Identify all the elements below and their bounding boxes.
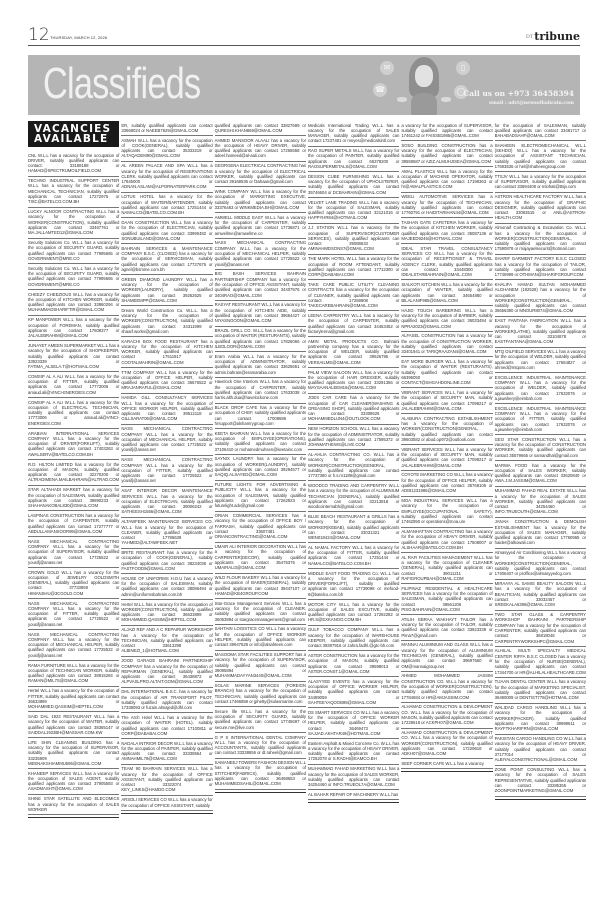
classified-ad: UMAIR ALI INTERIOR DECORATION W.L.L has … — [215, 543, 306, 574]
classified-ad: EXCELLENCE INDUSTRIAL MAINTENANCE COMPAN… — [495, 404, 586, 435]
classified-ad: ALHILAL MULTI SPECIALTY MEDICAL CENTER R… — [495, 647, 586, 678]
classified-ad: for the occupation of SALESMAN, suitably… — [495, 121, 586, 141]
classified-ad: TWO STAR GLASS & CARPENTRY WORKSHOP BAHR… — [495, 611, 586, 647]
classified-ad: WALIDAD CARGO HANDLING W.L.L has a vacan… — [495, 704, 586, 735]
phone-contact: Call us on +973 36458394 — [463, 89, 574, 98]
classified-ad: VIBRANT SERVICES W.L.L has a vacancy for… — [401, 445, 492, 471]
classified-ad: Eram Arabia W.L.L has a vacancy for the … — [215, 352, 306, 378]
classified-ad: Star-Grace Management Services W.L.L has… — [215, 599, 306, 625]
column-2: ER, suitably qualified applicants can co… — [121, 121, 212, 818]
classified-ad: KHANEEP SERVICES W.L.L has a vacancy for… — [28, 769, 119, 795]
classified-ad: RAO SUPER METALS W.L.L has a vacancy for… — [308, 147, 399, 173]
classified-ad: ALASYYEE EVENTS has a vacancy for the oc… — [308, 677, 399, 708]
classified-ad: TTIM COMPANY W.L.L has a vacancy for the… — [121, 368, 212, 394]
classified-ad: TTSJV W.L.L has a vacancy for the occupa… — [495, 172, 586, 192]
classified-ad: a vacancy for the occupation of SUPERVIS… — [401, 121, 492, 141]
column-6: for the occupation of SALESMAN, suitably… — [495, 121, 586, 818]
classified-ad: KP MANPOWER W.L.L has a vacancy for the … — [28, 316, 119, 342]
classified-ad: ALHAMAD CONSTRUCTION & DEVLOPMENT CO. W.… — [401, 703, 492, 729]
classified-ad: Havelock One Interiors W.L.L has a vacan… — [215, 378, 306, 404]
classified-ad: Dream World Construction Co. W.L.L. has … — [121, 306, 212, 337]
classified-ad: MIRAAYA AL SAMIS BEAUTY SALOON W.L.L has… — [495, 580, 586, 611]
classified-ad: NASS MECHANICAL CONTRACTING COMPANY W.L.… — [121, 456, 212, 487]
classified-ad: KHALIFA HAMAD SULTAN MOHAMMED ALGHANEM (… — [495, 280, 586, 316]
classified-ad: AL BAHAR REPAIR OF MACHINERY W.L.L has — [308, 790, 399, 800]
classified-ad: FUTURE LIGHTS FOR ADVERTISING & PUBLICIT… — [215, 481, 306, 512]
classified-ad: DESIGN CUBE FURNISHING W.L.L has a vacan… — [308, 172, 399, 198]
mobile-icon: ▯ — [456, 61, 470, 75]
vacancies-heading: VACANCIES AVAILABLE — [28, 121, 119, 147]
classified-ad: J.J STATION W.L.L has a vacancy for the … — [308, 224, 399, 255]
classified-ad: STAR ALTAHADI MARKET has a vacancy for t… — [28, 486, 119, 512]
classified-ad: TIJAAN DENTAL CENTER W.L.L has a vacancy… — [495, 678, 586, 704]
classified-ad: WEELI AUTOMOTIVE SERVICES has a vacancy … — [401, 193, 492, 219]
classified-ad: NASS MECHANICAL CONTRACTING COMPANY W.L.… — [215, 239, 306, 270]
classified-ad: TASHAN GATE CAFETERIA has a vacancy for … — [401, 218, 492, 244]
classified-columns: VACANCIES AVAILABLE CNL W.L.L has a vaca… — [28, 121, 586, 818]
classified-ad: CROWN GOLD W.L.L has a vacancy for the o… — [28, 568, 119, 599]
classified-ad: EAST FANTANA FABRICATION W.L.L has a vac… — [495, 317, 586, 348]
classified-ad: The Arch Hotel W.L.L has a vacancy for t… — [121, 713, 212, 739]
classified-ad: TEAM 90 BAHRAIN SERVICES W.L.L has a vac… — [121, 765, 212, 796]
publication-date: THURSDAY, MARCH 12, 2026 — [50, 35, 107, 40]
classified-ad: LOTUS HOTEL has a vacancy for the occupa… — [121, 193, 212, 219]
classified-ad: SAHTAIN LOGISTICS CO W.L.L has a vacancy… — [215, 625, 306, 651]
classified-ad: DHL INTERNATIONAL B.S.C. has a vacancy f… — [121, 688, 212, 714]
classified-ad: LASPINAS CONSTRUCTION has a vacancy for … — [28, 511, 119, 537]
classified-ad: AL AREEN PALACE AND SPA W.L.L has a vaca… — [121, 162, 212, 193]
classified-ad: Secure life W.L.L has a vacancy for the … — [215, 707, 306, 733]
logo-mark: DT — [526, 34, 533, 40]
customer-service-illustration — [403, 57, 445, 115]
classified-ad: BRAZIL GRILL CO. W.L.L has a vacancy for… — [215, 327, 306, 353]
column-end-rule — [401, 771, 492, 772]
classified-ad: SAID DAL 1923 RESTAURANT W.L.L has a vac… — [28, 712, 119, 738]
classified-ad: AL RAFI FACILITIES MANAGEMENT W.L.L has … — [401, 553, 492, 584]
column-end-rule — [28, 817, 119, 818]
classified-ad: ZONE POINT CONSULTING W.L.L has a vacanc… — [495, 766, 586, 797]
classified-ad: MASOOMA STAR FACILITIES SUPPORT has a va… — [215, 651, 306, 682]
classified-ad: THE MARK HOTEL W.L.L has a vacancy for t… — [308, 255, 399, 281]
classified-ad: JOES CAR CARE has a vacancy for the occu… — [308, 394, 399, 425]
column-end-rule — [308, 802, 399, 803]
classified-ad: SHARIF GARMENT FACTORY B.S.C CLOSED has … — [495, 255, 586, 281]
column-end-rule — [121, 813, 212, 814]
classified-ad: ALJAZI REF AND A C REPAIRUR WORKSHOP has… — [121, 626, 212, 657]
classified-ad: MTQ OILFIELD SERVICES W.L.L has a vacanc… — [495, 348, 586, 374]
page-header: 12 THURSDAY, MARCH 12, 2026 DTtribune — [28, 26, 580, 46]
classified-ad: ORIAN COMMERCIAL SERVICES has a vacancy … — [215, 512, 306, 543]
classified-ad: ASMAH W.L.L has a vacancy for the occupa… — [121, 136, 212, 162]
classified-ad: NASS MECHANICAL CONTRACTING COMPANY W.L.… — [121, 425, 212, 456]
classified-ad: COYOTE MARKETING CO W.L.L has a vacancy … — [401, 471, 492, 497]
classified-ad: ALHAMAD CONSTRUCTION & DEVLOPMENT CO. W.… — [401, 729, 492, 760]
classified-ad: SOSO BUILDING CONSTRUCTION has a vacancy… — [401, 141, 492, 167]
classified-ad: SOLAS MARINE SERVICES (FOREIGN BRANCH) h… — [215, 682, 306, 708]
classified-ad: ARABIAN INTERNATIONAL SERVICES COMPANY W… — [28, 429, 119, 460]
column-3: qualified applicants can contact 3382768… — [215, 121, 306, 818]
classified-ad: CNL W.L.L has a vacancy for the occupati… — [28, 151, 119, 177]
classified-ad: AMIN METAL PRODUCTS CO. Bahraini partner… — [308, 337, 399, 368]
classified-ad: BIG BASH SERVICES BAHRAIN PARTNERSHIP CO… — [215, 270, 306, 301]
classified-ad: ARSOLI SERVICES CO W.L.L has a vacancy f… — [121, 796, 212, 811]
classified-ad: AWAL PLASTICS W.L.L has a vacancy for th… — [401, 167, 492, 193]
classified-ad: GREEN DIAMOND LAUNDRY W.L.L has a vacanc… — [121, 275, 212, 306]
column-end-rule — [215, 792, 306, 793]
classified-ad: SEEF CORNER CAFE W.L.L has a vacancy — [401, 759, 492, 769]
classified-ad: SAYNIX LAUNDRY has a vacancy for the occ… — [215, 455, 306, 481]
classified-ad: GEO STAR CONSTRUCTION W.L.L has a vacanc… — [495, 435, 586, 461]
classified-ad: KARACHI BOX FOOD RESTAURANT has a vacanc… — [121, 337, 212, 368]
classifieds-banner: Classifieds ✉ ☎ ▯ ◯ Call us on +973 3645… — [28, 55, 580, 115]
classified-ad: ALABURA CONTRACTING ESTABLISHMENT has a … — [401, 414, 492, 445]
classified-ad: COMSIP AL A ALI W.L.L has a vacancy for … — [28, 372, 119, 398]
classified-ad: EXCELLENCE INDUSTRIAL MAINTENANCE COMPAN… — [495, 373, 586, 404]
classified-ad: NADALA INTRIOR DECOR W.L.L has a vacancy… — [121, 739, 212, 765]
column-5: a vacancy for the occupation of SUPERVIS… — [401, 121, 492, 818]
logo-text: tribune — [534, 30, 580, 43]
classified-ad: DAAN CONSTRUCTION W.L.L has a vacancy fo… — [121, 218, 212, 244]
classified-ad: JUNAYET AMEEN SUPERMARKET W.L.L has a va… — [28, 341, 119, 372]
column-4: Medicals International Trading W.L.L has… — [308, 121, 399, 818]
classified-ad: AHMED MANSOOR ALAALI has a vacancy for t… — [215, 136, 306, 162]
classified-ad: GEORGENA ELECTRICAL CONTRACTING has a va… — [215, 162, 306, 188]
classified-ad: ALMANHATTAN CONTRACTING has a vacancy fo… — [401, 528, 492, 554]
email-contact: email : advt@newsofbahrain.com — [489, 101, 574, 106]
classified-ad: MIDDLE EAST FOOD TRADING Co. W.L.L has a… — [308, 569, 399, 600]
page-number: 12 — [28, 26, 50, 44]
classified-ad: NEW HORIZON SCHOOL W.L.L has a vacancy f… — [308, 425, 399, 451]
classified-ad: TECHNO INDUSTRIAL SUPPORT CENTER W.L.L h… — [28, 177, 119, 208]
classified-ad: Almonaif Contracting & Excavation Co. W.… — [495, 224, 586, 255]
classified-ad: HAJID TOUCH BARBERING W.L.L has a vacanc… — [401, 306, 492, 332]
classified-ad: MOTOR CITY W.L.L has a vacancy for the o… — [308, 600, 399, 626]
classified-ad: MUHAMMAD FAHAD MARKETING W.L.L has a vac… — [308, 765, 399, 791]
classified-ad: EAT MORE BURGER W.L.L has a vacancy for … — [401, 357, 492, 388]
classified-ad: AL NAMAL FACTORY W.L.L has a vacancy for… — [308, 543, 399, 569]
classified-ad: CHEEZY CHEEZIOUS W.L.L has a vacancy for… — [28, 290, 119, 316]
classified-ad: VELVET LANE TRADING W.L.L has a vacancy … — [308, 198, 399, 224]
classified-ad: AHMED MOHAMMED JASSIM CONSTRUCTION CO. W… — [401, 672, 492, 703]
classified-ad: Hertel W.L.L has a vacancy for the occup… — [28, 687, 119, 713]
classified-ad: TAKE CARE PUBLIC UTILITY CLEANING CONTRA… — [308, 280, 399, 311]
classified-ad: COMSIP AL A ALI W.L.L has a vacancy for … — [28, 398, 119, 429]
classified-ad: ALFASEL CONSTRUCTION has a vacancy for t… — [401, 332, 492, 358]
classified-ad: MARWA FOOD has a vacancy for the occupat… — [495, 461, 586, 487]
classified-ad: SAMANEEJ TOWERS FASHION DESIGN W.L.L has… — [215, 759, 306, 790]
classified-ad: DS SMART SERVICES CO W.L.L has a vacancy… — [308, 708, 399, 739]
classified-ad: Medicals International Trading W.L.L has… — [308, 121, 399, 147]
classified-ad: LEENA CARPENTRY W.L.L has a vacancy for … — [308, 311, 399, 337]
classified-ad: MANNAI ALUMINIUM AND GLASS W.L.L has a v… — [401, 641, 492, 672]
classified-ad: WINK COMPANY W.L.L has a vacancy for the… — [215, 187, 306, 213]
classified-ad: ALTAWFEEK MAINTENANCE SERVICES CO. W.L.L… — [121, 518, 212, 549]
classified-ad: RASYAT RESTAURANT W.L.L has a vacancy fo… — [215, 301, 306, 327]
classified-ad: AL-AHLIA CONTRACTING CO. W.L.L has a vac… — [308, 450, 399, 481]
classified-ad: Hertel W.L.L has a vacancy for the occup… — [121, 600, 212, 626]
classified-ad: WILD FLOUR BAKERY W.L.L has a vacancy fo… — [215, 574, 306, 600]
classified-ad: NASS MECHANICAL CONTRACTING COMPANY W.L.… — [28, 630, 119, 661]
heading-line-2: AVAILABLE — [34, 134, 115, 144]
classified-ad: Eastern Asphalt & Mixed Concrete Co. W.L… — [308, 739, 399, 765]
column-end-rule — [495, 799, 586, 800]
classified-ad: JANAH CONSTRUCTION & DEMOLISH ESTABLISHM… — [495, 518, 586, 549]
classified-ad: ER, suitably qualified applicants can co… — [121, 121, 212, 136]
classified-ad: SHINE STAR SATELLITE AND ELECOMICS has a… — [28, 795, 119, 815]
classified-ad: WOODCO TRADING AND CARPENTRY W.L.L has a… — [308, 481, 399, 512]
classified-ad: LUCKY ALNOOR CONTRACTING W.L.L has a vac… — [28, 208, 119, 239]
classified-ad: BAHRAIN SERVICES & MAINTENANCE COMPANY B… — [121, 244, 212, 275]
mail-icon: ✉ — [380, 61, 394, 75]
classified-ad: IDEAL STAR TRAVEL CONSULTANCY SERVICES C… — [401, 244, 492, 280]
classified-ad: ASAT INTERIOR DECOR MAINTENANCE SERVICES… — [121, 487, 212, 518]
classified-ad: Almasyyed Air Conditioning W.L.L has a v… — [495, 549, 586, 580]
classified-ad: MOA INDUSTRIAL SERVICES W.L.L has a vaca… — [401, 497, 492, 528]
classified-ad: BLUE BEACH RESTAURANT & GRILLS has a vac… — [308, 512, 399, 543]
classified-ad: ATILIH EBRAA WAKHAYT TAILOR has a vacanc… — [401, 615, 492, 641]
classified-ad: Security Solutions Co. W.L.L has a vacan… — [28, 264, 119, 290]
classified-ad: R.D. HILTON LIMITED has a vacancy for th… — [28, 460, 119, 486]
classified-ad: BRITE RESTAURANT has a vacancy for the o… — [121, 549, 212, 575]
classified-ad: HOUSE OF UNIFORMS H.O.U has a vacancy fo… — [121, 574, 212, 600]
classified-ad: qualified applicants can contact 3382768… — [215, 121, 306, 136]
classified-ad: LIFE SHIN CLEANING BUILDING has a vacanc… — [28, 738, 119, 769]
classified-ad: RAMA FURNITURE W.L.L has a vacancy for t… — [28, 661, 119, 687]
classified-ad: BLACK DROP CAFE has a vacancy for the oc… — [215, 404, 306, 430]
classified-ad: ASTRON HEALTHCARE FACTORY W.L.L has a va… — [495, 193, 586, 224]
classified-ad: SHAHEEN ELECTROMECHANICAL W.L.L (SEHDO) … — [495, 141, 586, 172]
classified-ad: MUHAMMAD FAHAD REAL ESTATE W.L.L has a v… — [495, 487, 586, 518]
classified-ad: NASS MECHANICAL CONTRACTING COMPANY W.L.… — [28, 599, 119, 630]
classified-ad: G P S INTERNATIONAL DENTAL COMPANY W.L.L… — [215, 733, 306, 759]
classified-ad: KEETA BAHRAIN W.L.L has a vacancy for th… — [215, 429, 306, 455]
section-title: Classifieds — [43, 59, 200, 109]
newspaper-logo: DTtribune — [526, 30, 580, 43]
classified-ad: AMWELL MIDDLE EAST W.L.L has a vacancy f… — [215, 213, 306, 239]
classified-ad: JOOD GARAGE BAHRAINI PARTNERSHIP COMPANY… — [121, 657, 212, 688]
classified-ad: PALM VIEW SALOON W.L.L has a vacancy for… — [308, 368, 399, 394]
phone-icon: ☎ — [373, 83, 387, 97]
classified-ad: PAKISTAN CARGO HANDLING CO W.L.L has a v… — [495, 735, 586, 766]
classified-ad: NASS MECHANICAL CONTRACTING COMPANY W.L.… — [28, 537, 119, 568]
classified-ad: VIBRANT SERVICES W.L.L has a vacancy for… — [401, 388, 492, 414]
column-1: VACANCIES AVAILABLE CNL W.L.L has a vaca… — [28, 121, 119, 818]
classified-ad: GULF TOBACCO COMPANY W.L.L has a vacancy… — [308, 626, 399, 652]
classified-ad: HAMDA GILL CONSULTANCY SERVICES W.L.L ha… — [121, 394, 212, 425]
classified-ad: SIALKOTI KITCHEN W.L.L has a vacancy for… — [401, 280, 492, 306]
classified-ad: FILIPINAZ RESIDENTIAL & HEALTHCARE SERVI… — [401, 584, 492, 615]
classified-ad: Security Solutions Co. W.L.L has a vacan… — [28, 239, 119, 265]
classified-ad: ASTER CONSTRUCTION has a vacancy for the… — [308, 651, 399, 677]
